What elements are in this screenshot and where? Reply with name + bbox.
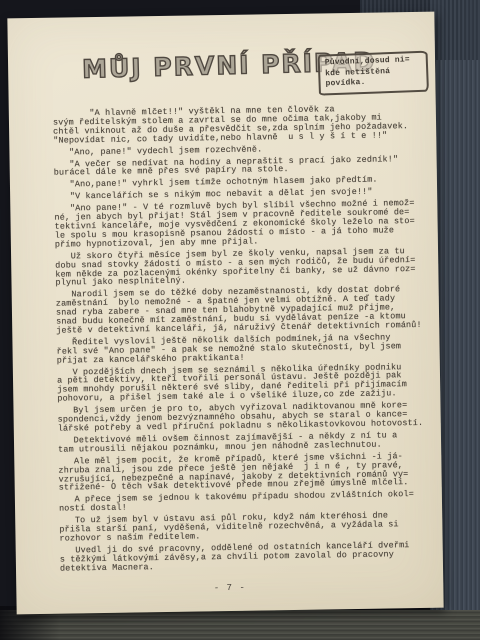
page-number: - 7 - <box>16 579 443 596</box>
paragraph: Ale měl jsem pocit, že kromě případů, kt… <box>58 452 432 493</box>
paragraph: V pozdějších dnech jsem se seznámil s ně… <box>57 362 431 403</box>
story-body: "A hlavně mlčet!!" vyštěkl na mne ten čl… <box>9 96 443 574</box>
paragraph: Narodil jsem se do těžké doby nezaměstna… <box>56 285 430 335</box>
annotation-text: Původní,dosud ni= kde netištěná povídka. <box>325 55 423 90</box>
paragraph: Ředitel vyslovil ještě několik dalších p… <box>56 333 429 366</box>
annotation-box: Původní,dosud ni= kde netištěná povídka. <box>318 51 429 96</box>
paragraph: Už skoro čtyři měsíce jsem byl ze školy … <box>55 246 429 287</box>
fabric-background-bottom <box>0 610 480 640</box>
paragraph: Byl jsem určen je pro to, abych vyřizova… <box>57 401 430 434</box>
paragraph: Uvedl ji do své pracovny, oddělené od os… <box>60 541 433 574</box>
paragraph: "Ano pane!" - V té rozmluvě bych byl slí… <box>54 199 428 249</box>
manuscript-page: MŮJ PRVNÍ PŘÍPAD Původní,dosud ni= kde n… <box>7 12 443 615</box>
photo-of-manuscript: { "photo": { "colors": { "backdrop_dark"… <box>0 0 480 640</box>
paragraph: To už jsem byl v ústavu asi půl roku, kd… <box>59 511 432 544</box>
title-row: MŮJ PRVNÍ PŘÍPAD Původní,dosud ni= kde n… <box>7 12 435 103</box>
paragraph: "A hlavně mlčet!!" vyštěkl na mne ten čl… <box>53 104 427 145</box>
